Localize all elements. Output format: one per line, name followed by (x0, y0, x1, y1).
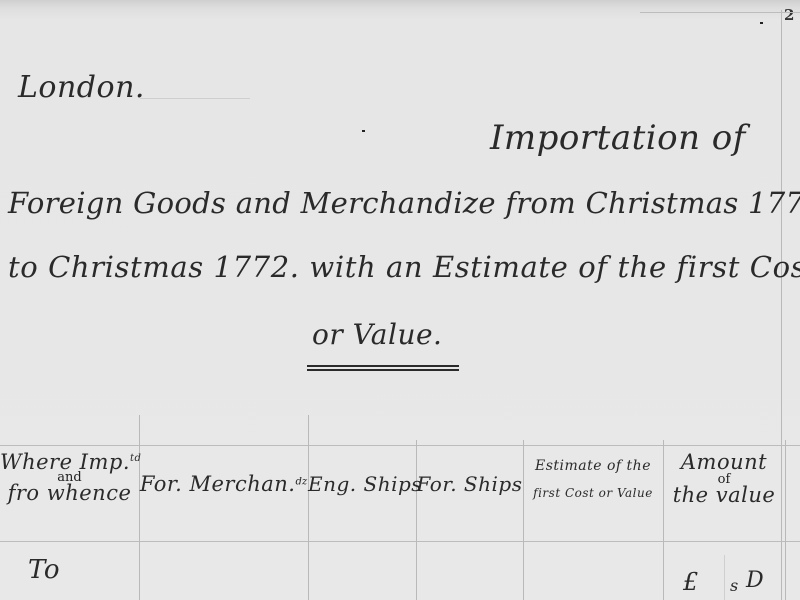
header-text: For. Ships (417, 472, 523, 496)
currency-pence: D (746, 568, 764, 593)
header-bottom-rule (0, 541, 800, 542)
header-amount: Amount of the value (663, 450, 785, 507)
title-line-2: Foreign Goods and Merchandize from Chris… (8, 186, 800, 220)
page-number: 2 (784, 6, 794, 24)
ink-dot (362, 130, 365, 132)
title-line-3: to Christmas 1772. with an Estimate of t… (8, 250, 800, 284)
column-rule (308, 415, 309, 600)
header-line: the value (663, 483, 785, 507)
header-text: Eng. Ships (308, 472, 422, 496)
currency-shillings: s (730, 576, 739, 595)
header-line: Where Imp.td (0, 450, 139, 474)
header-line: Estimate of the (523, 458, 663, 474)
header-foreign-ships: For. Ships (416, 472, 523, 496)
header-english-ships: Eng. Ships (308, 472, 416, 496)
column-rule (416, 440, 417, 600)
place-heading: London. (18, 70, 145, 105)
column-rule (724, 555, 725, 600)
ink-dot (760, 22, 763, 24)
superscript: dz (295, 477, 307, 488)
column-rule (139, 415, 140, 600)
currency-pounds: £ (683, 568, 699, 596)
header-text: For. Merchan. (140, 472, 296, 496)
title-line-4: or Value. (312, 318, 442, 351)
margin-rule (781, 10, 782, 600)
ledger-page: 2 London. Importation of Foreign Goods a… (0, 0, 800, 600)
header-text: Where Imp. (0, 450, 130, 474)
title-double-rule (307, 365, 459, 367)
title-double-rule (307, 369, 459, 371)
table-top-rule (0, 445, 800, 446)
header-where-imported: Where Imp.td and fro whence (0, 450, 139, 505)
title-line-1: Importation of (490, 118, 746, 158)
header-line: fro whence (0, 481, 139, 505)
header-line: first Cost or Value (523, 486, 663, 500)
column-rule (785, 440, 786, 600)
top-rule (640, 12, 800, 13)
header-foreign-merchandize: For. Merchan.dz (139, 472, 308, 496)
header-estimate: Estimate of the first Cost or Value (523, 458, 663, 500)
row-to-label: To (28, 555, 60, 585)
place-underline (140, 98, 250, 99)
superscript: td (130, 453, 141, 464)
header-line: Amount (663, 450, 785, 474)
